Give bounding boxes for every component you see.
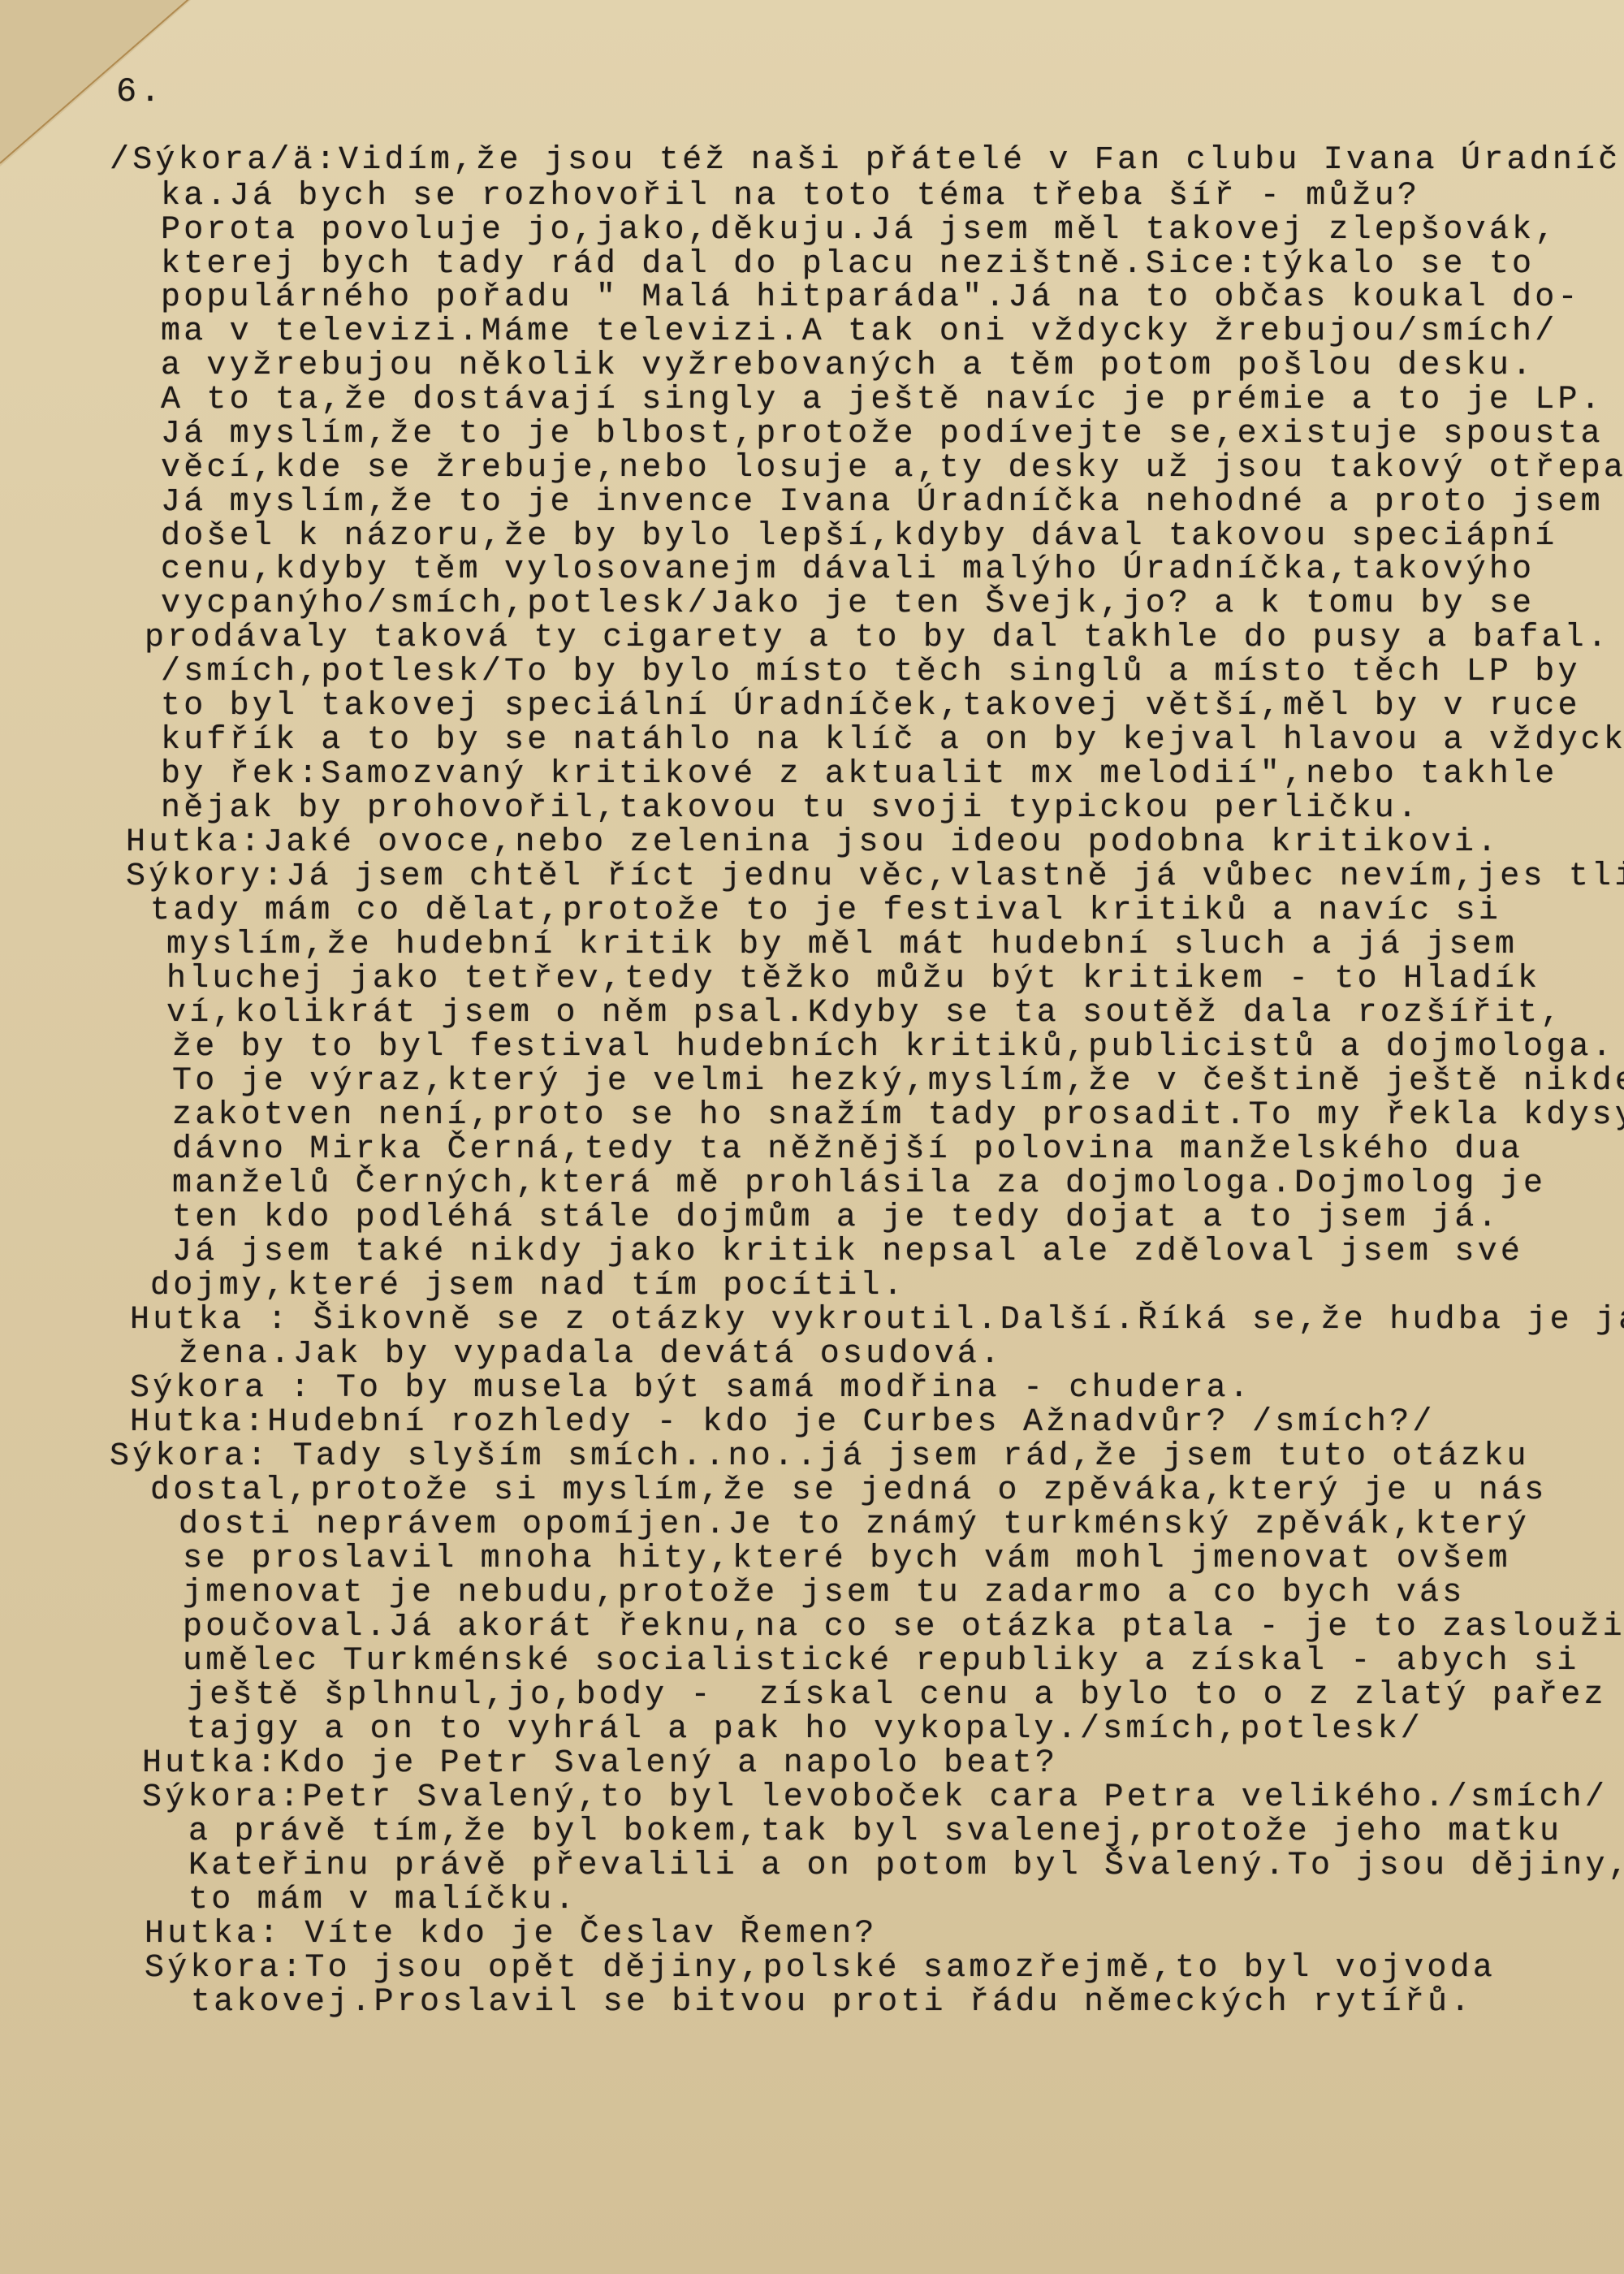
text-line: došel k názoru,že by bylo lepší,kdyby dá… [161, 521, 1557, 553]
text-line: to mám v malíčku. [188, 1884, 577, 1917]
text-line: tajgy a on to vyhrál a pak ho vykopaly./… [187, 1714, 1423, 1746]
text-line: poučoval.Já akorát řeknu,na co se otázka… [183, 1611, 1624, 1644]
text-line: žena.Jak by vypadala devátá osudová. [179, 1338, 1003, 1371]
text-line: tady mám co dělat,protože to je festival… [150, 895, 1501, 927]
text-line: kterej bych tady rád dal do placu nezišt… [161, 249, 1535, 281]
text-line: Kateřinu právě převalili a on potom byl … [188, 1850, 1624, 1883]
text-line: ten kdo podléhá stále dojmům a je tedy d… [172, 1202, 1501, 1234]
text-line: ví,kolikrát jsem o něm psal.Kdyby se ta … [166, 997, 1563, 1030]
text-line: umělec Turkménské socialistické republik… [183, 1645, 1579, 1678]
text-line: ka.Já bych se rozhovořil na toto téma tř… [161, 180, 1420, 213]
text-line: jmenovat je nebudu,protože jsem tu zadar… [183, 1577, 1465, 1610]
text-line: Hutka:Kdo je Petr Svalený a napolo beat? [142, 1748, 1058, 1780]
text-line: /smích,potlesk/To by bylo místo těch sin… [161, 656, 1581, 689]
text-line: hluchej jako tetřev,tedy těžko můžu být … [166, 963, 1540, 996]
text-line: by řek:Samozvaný kritikové z aktualit mx… [161, 759, 1557, 791]
typewritten-page: 6. /Sýkora/ä:Vidím,že jsou též naši přát… [0, 0, 1624, 2274]
text-line: dojmy,které jsem nad tím pocítil. [150, 1270, 906, 1303]
text-line: Hutka : Šikovně se z otázky vykroutil.Da… [130, 1304, 1624, 1337]
text-line: se proslavil mnoha hity,které bych vám m… [183, 1543, 1511, 1576]
text-line: Hutka:Hudební rozhledy - kdo je Curbes A… [130, 1407, 1436, 1439]
text-line: ještě šplhnul,jo,body - získal cenu a by… [187, 1680, 1607, 1712]
text-line: myslím,že hudební kritik by měl mát hude… [166, 929, 1518, 962]
text-line: že by to byl festival hudebních kritiků,… [172, 1031, 1615, 1064]
text-line: Sýkora: Tady slyším smích..no..já jsem r… [110, 1441, 1530, 1473]
text-line: dostal,protože si myslím,že se jedná o z… [150, 1475, 1547, 1507]
text-line: Já myslím,že to je invence Ivana Úradníč… [161, 486, 1604, 519]
text-line: A to ta,že dostávají singly a ještě naví… [161, 384, 1604, 417]
text-line: věcí,kde se žrebuje,nebo losuje a,ty des… [161, 452, 1624, 485]
text-line: ma v televizi.Máme televizi.A tak oni vž… [161, 316, 1557, 348]
text-line: nějak by prohovořil,takovou tu svoji typ… [161, 793, 1420, 825]
text-line: zakotven není,proto se ho snažím tady pr… [172, 1100, 1624, 1132]
text-line: dávno Mirka Černá,tedy ta něžnější polov… [172, 1134, 1523, 1166]
text-line: To je výraz,který je velmi hezký,myslím,… [172, 1066, 1624, 1098]
text-line: populárného pořadu " Malá hitparáda".Já … [161, 282, 1581, 314]
text-line: vycpanýho/smích,potlesk/Jako je ten Švej… [161, 588, 1535, 620]
page-number: 6. [116, 75, 164, 109]
text-line: kufřík a to by se natáhlo na klíč a on b… [161, 724, 1624, 757]
text-line: prodávaly taková ty cigarety a to by dal… [145, 622, 1610, 655]
text-line: Sýkora:Petr Svalený,to byl levoboček car… [142, 1782, 1608, 1814]
text-line: Sýkora : To by musela být samá modřina -… [130, 1373, 1252, 1405]
text-line: Hutka:Jaké ovoce,nebo zelenina jsou ideo… [126, 827, 1500, 859]
text-line: Hutka: Víte kdo je Česlav Řemen? [145, 1918, 878, 1951]
text-line: a vyžrebujou několik vyžrebovaných a těm… [161, 350, 1535, 383]
text-line: a právě tím,že byl bokem,tak byl svalene… [188, 1816, 1562, 1848]
text-line: manželů Černých,která mě prohlásila za d… [172, 1168, 1546, 1200]
text-line: Sýkora:To jsou opět dějiny,polské samozř… [145, 1952, 1496, 1985]
text-line: to byl takovej speciální Úradníček,takov… [161, 690, 1581, 723]
text-line: takovej.Proslavil se bitvou proti řádu n… [191, 1987, 1473, 2019]
text-line: Sýkory:Já jsem chtěl říct jednu věc,vlas… [126, 861, 1624, 893]
text-line: Porota povoluje jo,jako,děkuju.Já jsem m… [161, 214, 1557, 247]
text-line: Já jsem také nikdy jako kritik nepsal al… [172, 1236, 1523, 1269]
text-line: /Sýkora/ä:Vidím,že jsou též naši přátelé… [110, 145, 1624, 177]
text-line: Já myslím,že to je blbost,protože podíve… [161, 418, 1604, 451]
text-line: dosti neprávem opomíjen.Je to známý turk… [179, 1509, 1530, 1541]
text-line: cenu,kdyby těm vylosovanejm dávali malýh… [161, 554, 1535, 586]
